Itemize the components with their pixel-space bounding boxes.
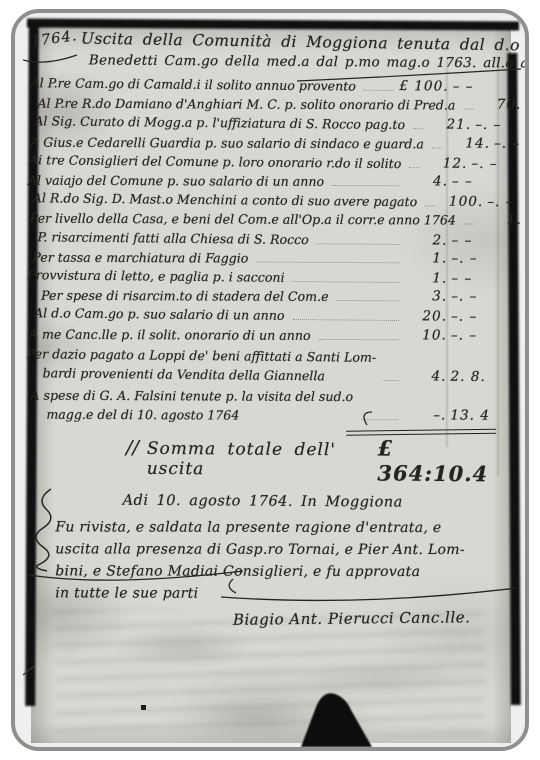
total-label: Somma totale dell' uscita: [147, 438, 378, 480]
amount-lire: 2.: [405, 231, 447, 251]
ledger-row: A spese di G. A. Falsini tenute p. la vi…: [30, 386, 500, 426]
handwriting-layer: 1764. Uscita della Comunità di Moggiona …: [25, 29, 503, 628]
entry-amount: 10. –. –: [405, 326, 501, 346]
entry-description: A me Canc.lle p. il solit. onorario di u…: [29, 324, 311, 344]
entry-description-line1: A spese di G. A. Falsini tenute p. la vi…: [30, 386, 353, 407]
dotted-leader: [337, 300, 400, 301]
entry-description: Al d.o Cam.go p. suo salario di un anno: [34, 304, 285, 326]
entry-description-line1: Al Sig. Curato di Mogg.a p. l'uffiziatur…: [34, 112, 405, 135]
entry-amount: 4. – –: [406, 172, 502, 192]
entry-amount: 70. –. –: [479, 96, 529, 116]
entry-description: Per dazio pagato a Loppi de' beni affitt…: [26, 344, 376, 386]
manuscript-scan: 1764. Uscita della Comunità di Moggiona …: [15, 13, 525, 747]
dotted-leader: [364, 90, 393, 91]
entry-description-line1: A me Canc.lle p. il solit. onorario di u…: [29, 324, 311, 344]
entry-amount: 3. –. –: [405, 288, 501, 308]
closing-paragraph-line: Fu rivista, e saldata la presente ragion…: [55, 516, 499, 539]
amount-soldi-denari: – –: [453, 78, 503, 98]
title-line1: Uscita della Comunità di Moggiona tenuta…: [81, 30, 503, 55]
dotted-leader: [463, 109, 473, 110]
closing-paragraph-line: uscita alla presenza di Gasp.ro Tornai, …: [55, 538, 499, 561]
amount-soldi-denari: –. –: [451, 288, 501, 307]
amount-lire: 70.: [479, 96, 521, 115]
amount-lire: 4.: [406, 172, 448, 191]
amount-soldi-denari: –. –: [471, 155, 521, 175]
entry-amount: 1. – –: [405, 269, 501, 289]
amount-soldi-denari: –. –: [451, 249, 501, 268]
entry-description-line1: Al P.re Cam.go di Camald.i il solito ann…: [31, 73, 356, 96]
amount-lire: 1.: [405, 249, 447, 268]
dotted-leader: [293, 281, 400, 283]
entry-description: Ai tre Consiglieri del Comune p. loro on…: [29, 150, 401, 173]
ledger-row: A me Canc.lle p. il solit. onorario di u…: [29, 324, 501, 345]
entry-description-line1: Provvistura di letto, e paglia p. i sacc…: [27, 265, 285, 287]
title-line2: Benedetti Cam.go della med.a dal p.mo ma…: [89, 52, 503, 71]
amount-soldi-denari: –. –: [475, 116, 525, 136]
amount-soldi-denari: –. –: [494, 134, 529, 153]
dotted-leader: [425, 206, 435, 207]
amount-soldi-denari: – –: [452, 172, 502, 191]
ledger-entries: Al P.re Cam.go di Camald.i il solito ann…: [26, 74, 502, 427]
amount-lire: 21.: [429, 116, 471, 136]
amount-soldi-denari: –. –: [525, 96, 529, 115]
entry-amount: 20. –. –: [405, 308, 501, 328]
amount-soldi-denari: 2. 8.: [450, 368, 500, 388]
dotted-leader: [409, 167, 419, 168]
amount-lire: 12.: [425, 154, 467, 174]
entry-amount: 14. –. –: [448, 134, 529, 154]
total-flourish: ∕∕: [126, 436, 139, 458]
closing-paragraph: Fu rivista, e saldata la presente ragion…: [55, 516, 499, 605]
dotted-leader: [332, 185, 400, 186]
entry-amount: 1. –. –: [405, 249, 501, 269]
closing-paragraph-line: bini, e Stefano Madiai Consiglieri, e fu…: [55, 560, 499, 583]
total-amount: £ 364:10.4: [377, 435, 498, 486]
amount-soldi-denari: –. –: [451, 326, 501, 345]
entry-description: Provvistura di letto, e paglia p. i sacc…: [27, 265, 285, 287]
dotted-leader: [432, 147, 442, 148]
total-row: ∕∕ Somma totale dell' uscita £ 364:10.4: [26, 433, 500, 486]
amount-soldi-denari: 14. 4: [526, 211, 529, 230]
entry-description-line2: bardi provenienti da Vendita della Giann…: [42, 363, 376, 386]
dotted-leader: [319, 339, 399, 340]
amount-lire: 3.: [405, 288, 447, 307]
amount-lire: 4.: [404, 367, 446, 387]
dotted-leader: [256, 262, 399, 264]
entry-description: Al P.re Cam.go di Camald.i il solito ann…: [31, 73, 356, 96]
entry-description-line1: Al d.o Cam.go p. suo salario di un anno: [34, 304, 285, 326]
entry-description: P. risarcimenti fatti alla Chiesa di S. …: [37, 227, 308, 249]
amount-soldi-denari: –. –: [451, 308, 501, 328]
amount-soldi-denari: – –: [451, 270, 501, 290]
ledger-row: Per dazio pagato a Loppi de' beni affitt…: [26, 344, 500, 387]
entry-description: A spese di G. A. Falsini tenute p. la vi…: [30, 386, 353, 426]
entry-amount: 4. 2. 8.: [404, 367, 500, 387]
entry-description-line2: magg.e del di 10. agosto 1764: [46, 405, 353, 426]
entry-description: Al Sig. Curato di Mogg.a p. l'uffiziatur…: [34, 112, 405, 135]
entry-amount: 12. –. –: [425, 154, 521, 174]
entry-amount: 2. – –: [405, 231, 501, 251]
entry-amount: –. 13. 4: [404, 407, 500, 427]
amount-lire: 1.: [480, 211, 522, 230]
amount-soldi-denari: 13. 4: [450, 407, 500, 426]
amount-soldi-denari: – –: [451, 231, 501, 251]
signature: Biagio Ant. Pierucci Canc.lle.: [233, 608, 499, 629]
amount-lire: £ 100.: [399, 77, 448, 97]
entry-description-line1: Ai tre Consiglieri del Comune p. loro on…: [29, 150, 401, 173]
dotted-leader: [361, 420, 398, 421]
entry-description-line1: P. risarcimenti fatti alla Chiesa di S. …: [37, 227, 308, 249]
amount-lire: 14.: [448, 134, 490, 153]
margin-year-note: 1764.: [30, 28, 78, 50]
amount-lire: 1.: [405, 269, 447, 289]
dotted-leader: [292, 320, 398, 322]
dotted-leader: [384, 380, 399, 381]
amount-lire: 20.: [405, 308, 447, 328]
dotted-leader: [464, 224, 474, 225]
amount-lire: 10.: [405, 326, 447, 345]
closing-paragraph-line: in tutte le sue parti: [55, 582, 499, 605]
closing-dateline: Adi 10. agosto 1764. In Moggiona: [26, 492, 500, 511]
dotted-leader: [413, 129, 423, 130]
amount-lire: –.: [404, 407, 446, 426]
entry-amount: 1. 14. 4: [480, 211, 529, 231]
amount-lire: 100.: [441, 193, 483, 213]
dotted-leader: [317, 243, 400, 245]
entry-amount: 21. –. –: [429, 116, 525, 136]
entry-amount: £ 100. – –: [399, 77, 502, 97]
total-double-rule: [346, 428, 496, 435]
photo-frame: 1764. Uscita della Comunità di Moggiona …: [11, 9, 529, 751]
